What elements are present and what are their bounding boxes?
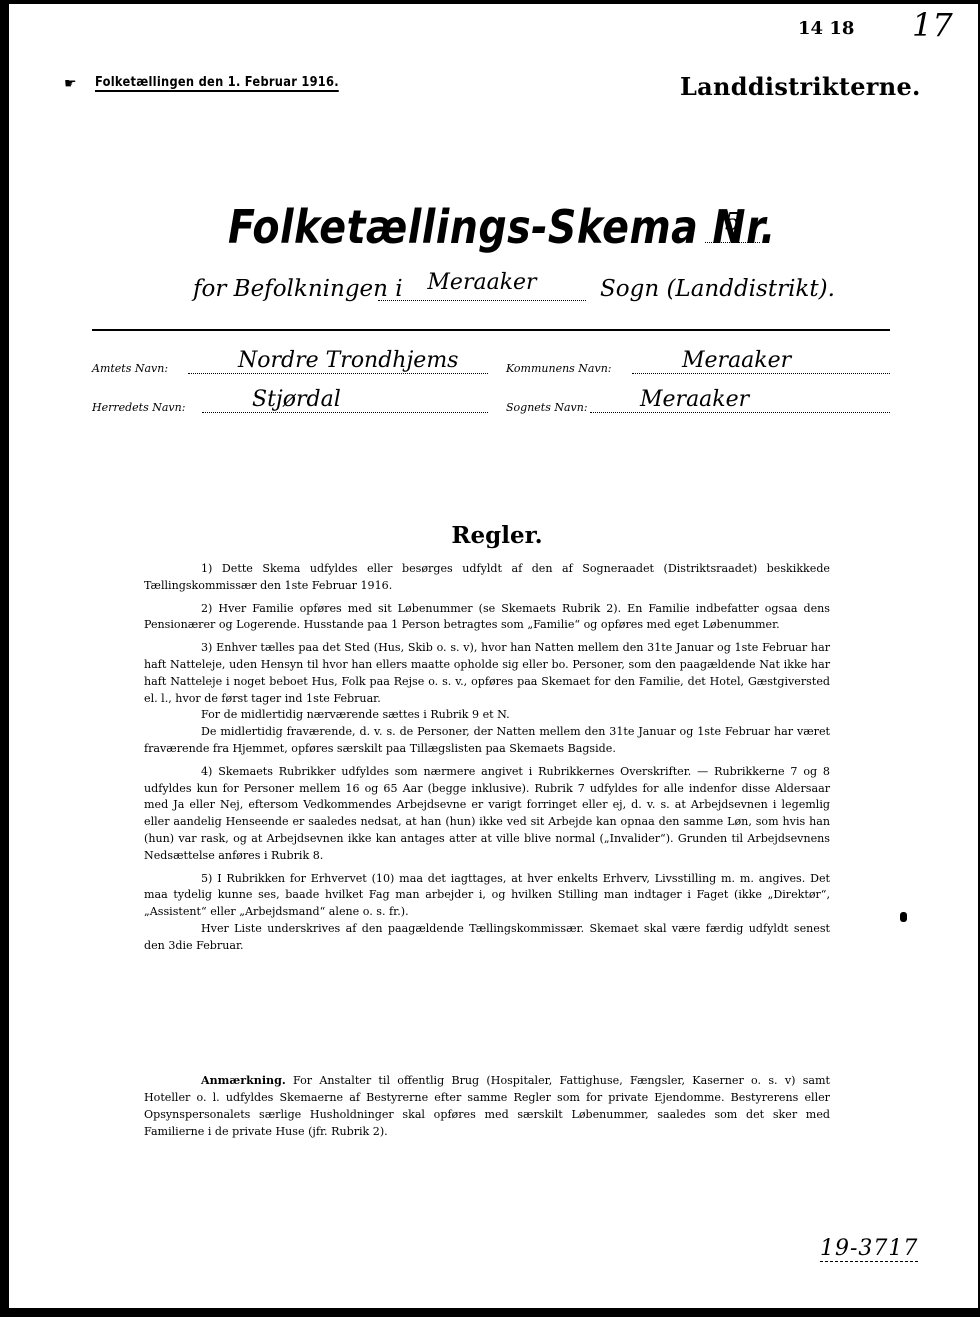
annotation-note: Anmærkning. For Anstalter til offentlig … — [144, 1072, 830, 1140]
sogn-by-label: Sognets Navn: — [506, 401, 588, 414]
rule-paragraph: 3) Enhver tælles paa det Sted (Hus, Skib… — [144, 640, 830, 707]
scan-edge-top — [0, 0, 980, 4]
amt-field: Nordre Trondhjems — [188, 348, 488, 374]
note-lead: Anmærkning. — [201, 1074, 286, 1087]
horizontal-rule — [92, 329, 890, 331]
rules-body: 1) Dette Skema udfyldes eller besørges u… — [144, 561, 830, 955]
subtitle-suffix: Sogn (Landdistrikt). — [600, 276, 835, 302]
census-date-header: Folketællingen den 1. Februar 1916. — [95, 75, 339, 92]
scan-edge-left — [0, 0, 9, 1317]
scan-edge-bottom — [0, 1308, 980, 1317]
pointing-hand-icon: ☛ — [64, 76, 77, 92]
handwritten-archive-reference: 19-3717 — [820, 1236, 918, 1262]
rule-paragraph: De midlertidig fraværende, d. v. s. de P… — [144, 724, 830, 758]
handwritten-folio-number: 17 — [912, 6, 953, 44]
ink-blot-mark — [900, 912, 907, 922]
rules-heading-text: Regler. — [451, 522, 542, 549]
rules-heading: Regler. — [0, 522, 980, 549]
district-type-heading: Landdistrikterne. — [680, 72, 921, 101]
rule-paragraph: 1) Dette Skema udfyldes eller besørges u… — [144, 561, 830, 595]
herred-field: Stjørdal — [202, 387, 488, 413]
kommune-label: Kommunens Navn: — [506, 362, 612, 375]
rule-paragraph: For de midlertidig nærværende sættes i R… — [144, 707, 830, 724]
rule-paragraph: 5) I Rubrikken for Erhvervet (10) maa de… — [144, 871, 830, 921]
sogn-by-field: Meraaker — [590, 387, 890, 413]
rule-paragraph: 4) Skemaets Rubrikker udfyldes som nærme… — [144, 764, 830, 865]
rule-paragraph: 2) Hver Familie opføres med sit Løbenumm… — [144, 601, 830, 635]
skema-number-field: 5 — [705, 208, 760, 243]
kommune-field: Meraaker — [632, 348, 890, 374]
sogn-field: Meraaker — [378, 270, 586, 301]
page-number: 14 18 — [798, 18, 854, 39]
note-paragraph: Anmærkning. For Anstalter til offentlig … — [144, 1072, 830, 1140]
amt-label: Amtets Navn: — [92, 362, 168, 375]
herred-label: Herredets Navn: — [92, 401, 185, 414]
form-title: Folketællings-Skema Nr. — [228, 200, 776, 254]
rule-paragraph: Hver Liste underskrives af den paagælden… — [144, 921, 830, 955]
subtitle-prefix: for Befolkningen i — [193, 276, 403, 302]
